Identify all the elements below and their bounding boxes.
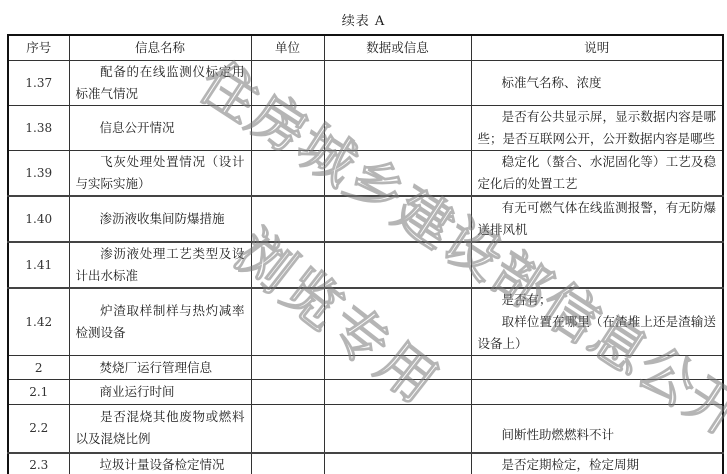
row-data [324,356,471,380]
table-caption: 续表 A [0,10,727,29]
row-data [324,151,471,197]
table-row: 2.1 商业运行时间 [8,380,723,405]
row-unit [251,242,324,288]
desc-line-1: 是否有； [478,289,717,311]
row-desc: 间断性助燃燃料不计 [471,405,723,453]
row-data [324,61,471,106]
header-data: 数据或信息 [324,35,471,61]
table-row: 1.42 炉渣取样制样与热灼减率检测设备 是否有； 取样位置在哪里（在渣堆上还是… [8,288,723,356]
row-desc: 是否有公共显示屏，显示数据内容是哪些；是否互联网公开，公开数据内容是哪些 [471,106,723,151]
row-desc [471,242,723,288]
row-unit [251,61,324,106]
row-data [324,242,471,288]
table-row: 2.3 垃圾计量设备检定情况 是否定期检定，检定周期 [8,453,723,474]
row-data [324,288,471,356]
table-row: 1.40 渗沥液收集间防爆措施 有无可燃气体在线监测报警，有无防爆送排风机 [8,196,723,242]
row-no: 1.38 [8,106,69,151]
row-data [324,106,471,151]
row-unit [251,380,324,405]
header-no: 序号 [8,35,69,61]
header-unit: 单位 [251,35,324,61]
row-name: 炉渣取样制样与热灼减率检测设备 [69,288,251,356]
row-desc: 有无可燃气体在线监测报警，有无防爆送排风机 [471,196,723,242]
header-name: 信息名称 [69,35,251,61]
row-no: 2.1 [8,380,69,405]
header-desc: 说明 [471,35,723,61]
row-data [324,380,471,405]
row-no: 1.40 [8,196,69,242]
row-desc: 标准气名称、浓度 [471,61,723,106]
table-row: 2.2 是否混烧其他废物或燃料以及混烧比例 间断性助燃燃料不计 [8,405,723,453]
row-desc: 是否定期检定，检定周期 [471,453,723,474]
row-name: 商业运行时间 [69,380,251,405]
table-row: 1.41 渗沥液处理工艺类型及设计出水标准 [8,242,723,288]
table-row: 1.39 飞灰处理处置情况（设计与实际实施） 稳定化（螯合、水泥固化等）工艺及稳… [8,151,723,197]
desc-line-2: 取样位置在哪里（在渣堆上还是渣输送设备上） [478,311,717,355]
table-row: 1.38 信息公开情况 是否有公共显示屏，显示数据内容是哪些；是否互联网公开，公… [8,106,723,151]
row-unit [251,106,324,151]
row-name: 焚烧厂运行管理信息 [69,356,251,380]
table-row: 2 焚烧厂运行管理信息 [8,356,723,380]
row-name: 渗沥液收集间防爆措施 [69,196,251,242]
row-no: 2.2 [8,405,69,453]
info-table: 序号 信息名称 单位 数据或信息 说明 1.37 配备的在线监测仪标定用标准气情… [7,34,724,474]
row-unit [251,405,324,453]
table-row: 1.37 配备的在线监测仪标定用标准气情况 标准气名称、浓度 [8,61,723,106]
row-unit [251,453,324,474]
row-no: 1.42 [8,288,69,356]
row-name: 配备的在线监测仪标定用标准气情况 [69,61,251,106]
row-no: 1.39 [8,151,69,197]
row-desc [471,380,723,405]
row-data [324,453,471,474]
table-header-row: 序号 信息名称 单位 数据或信息 说明 [8,35,723,61]
row-name: 飞灰处理处置情况（设计与实际实施） [69,151,251,197]
row-name: 是否混烧其他废物或燃料以及混烧比例 [69,405,251,453]
row-no: 2 [8,356,69,380]
row-data [324,196,471,242]
row-unit [251,288,324,356]
row-desc [471,356,723,380]
row-no: 2.3 [8,453,69,474]
row-name: 渗沥液处理工艺类型及设计出水标准 [69,242,251,288]
row-no: 1.41 [8,242,69,288]
row-desc: 是否有； 取样位置在哪里（在渣堆上还是渣输送设备上） [471,288,723,356]
row-data [324,405,471,453]
row-name: 垃圾计量设备检定情况 [69,453,251,474]
row-unit [251,151,324,197]
row-no: 1.37 [8,61,69,106]
row-unit [251,196,324,242]
row-desc: 稳定化（螯合、水泥固化等）工艺及稳定化后的处置工艺 [471,151,723,197]
row-name: 信息公开情况 [69,106,251,151]
row-unit [251,356,324,380]
